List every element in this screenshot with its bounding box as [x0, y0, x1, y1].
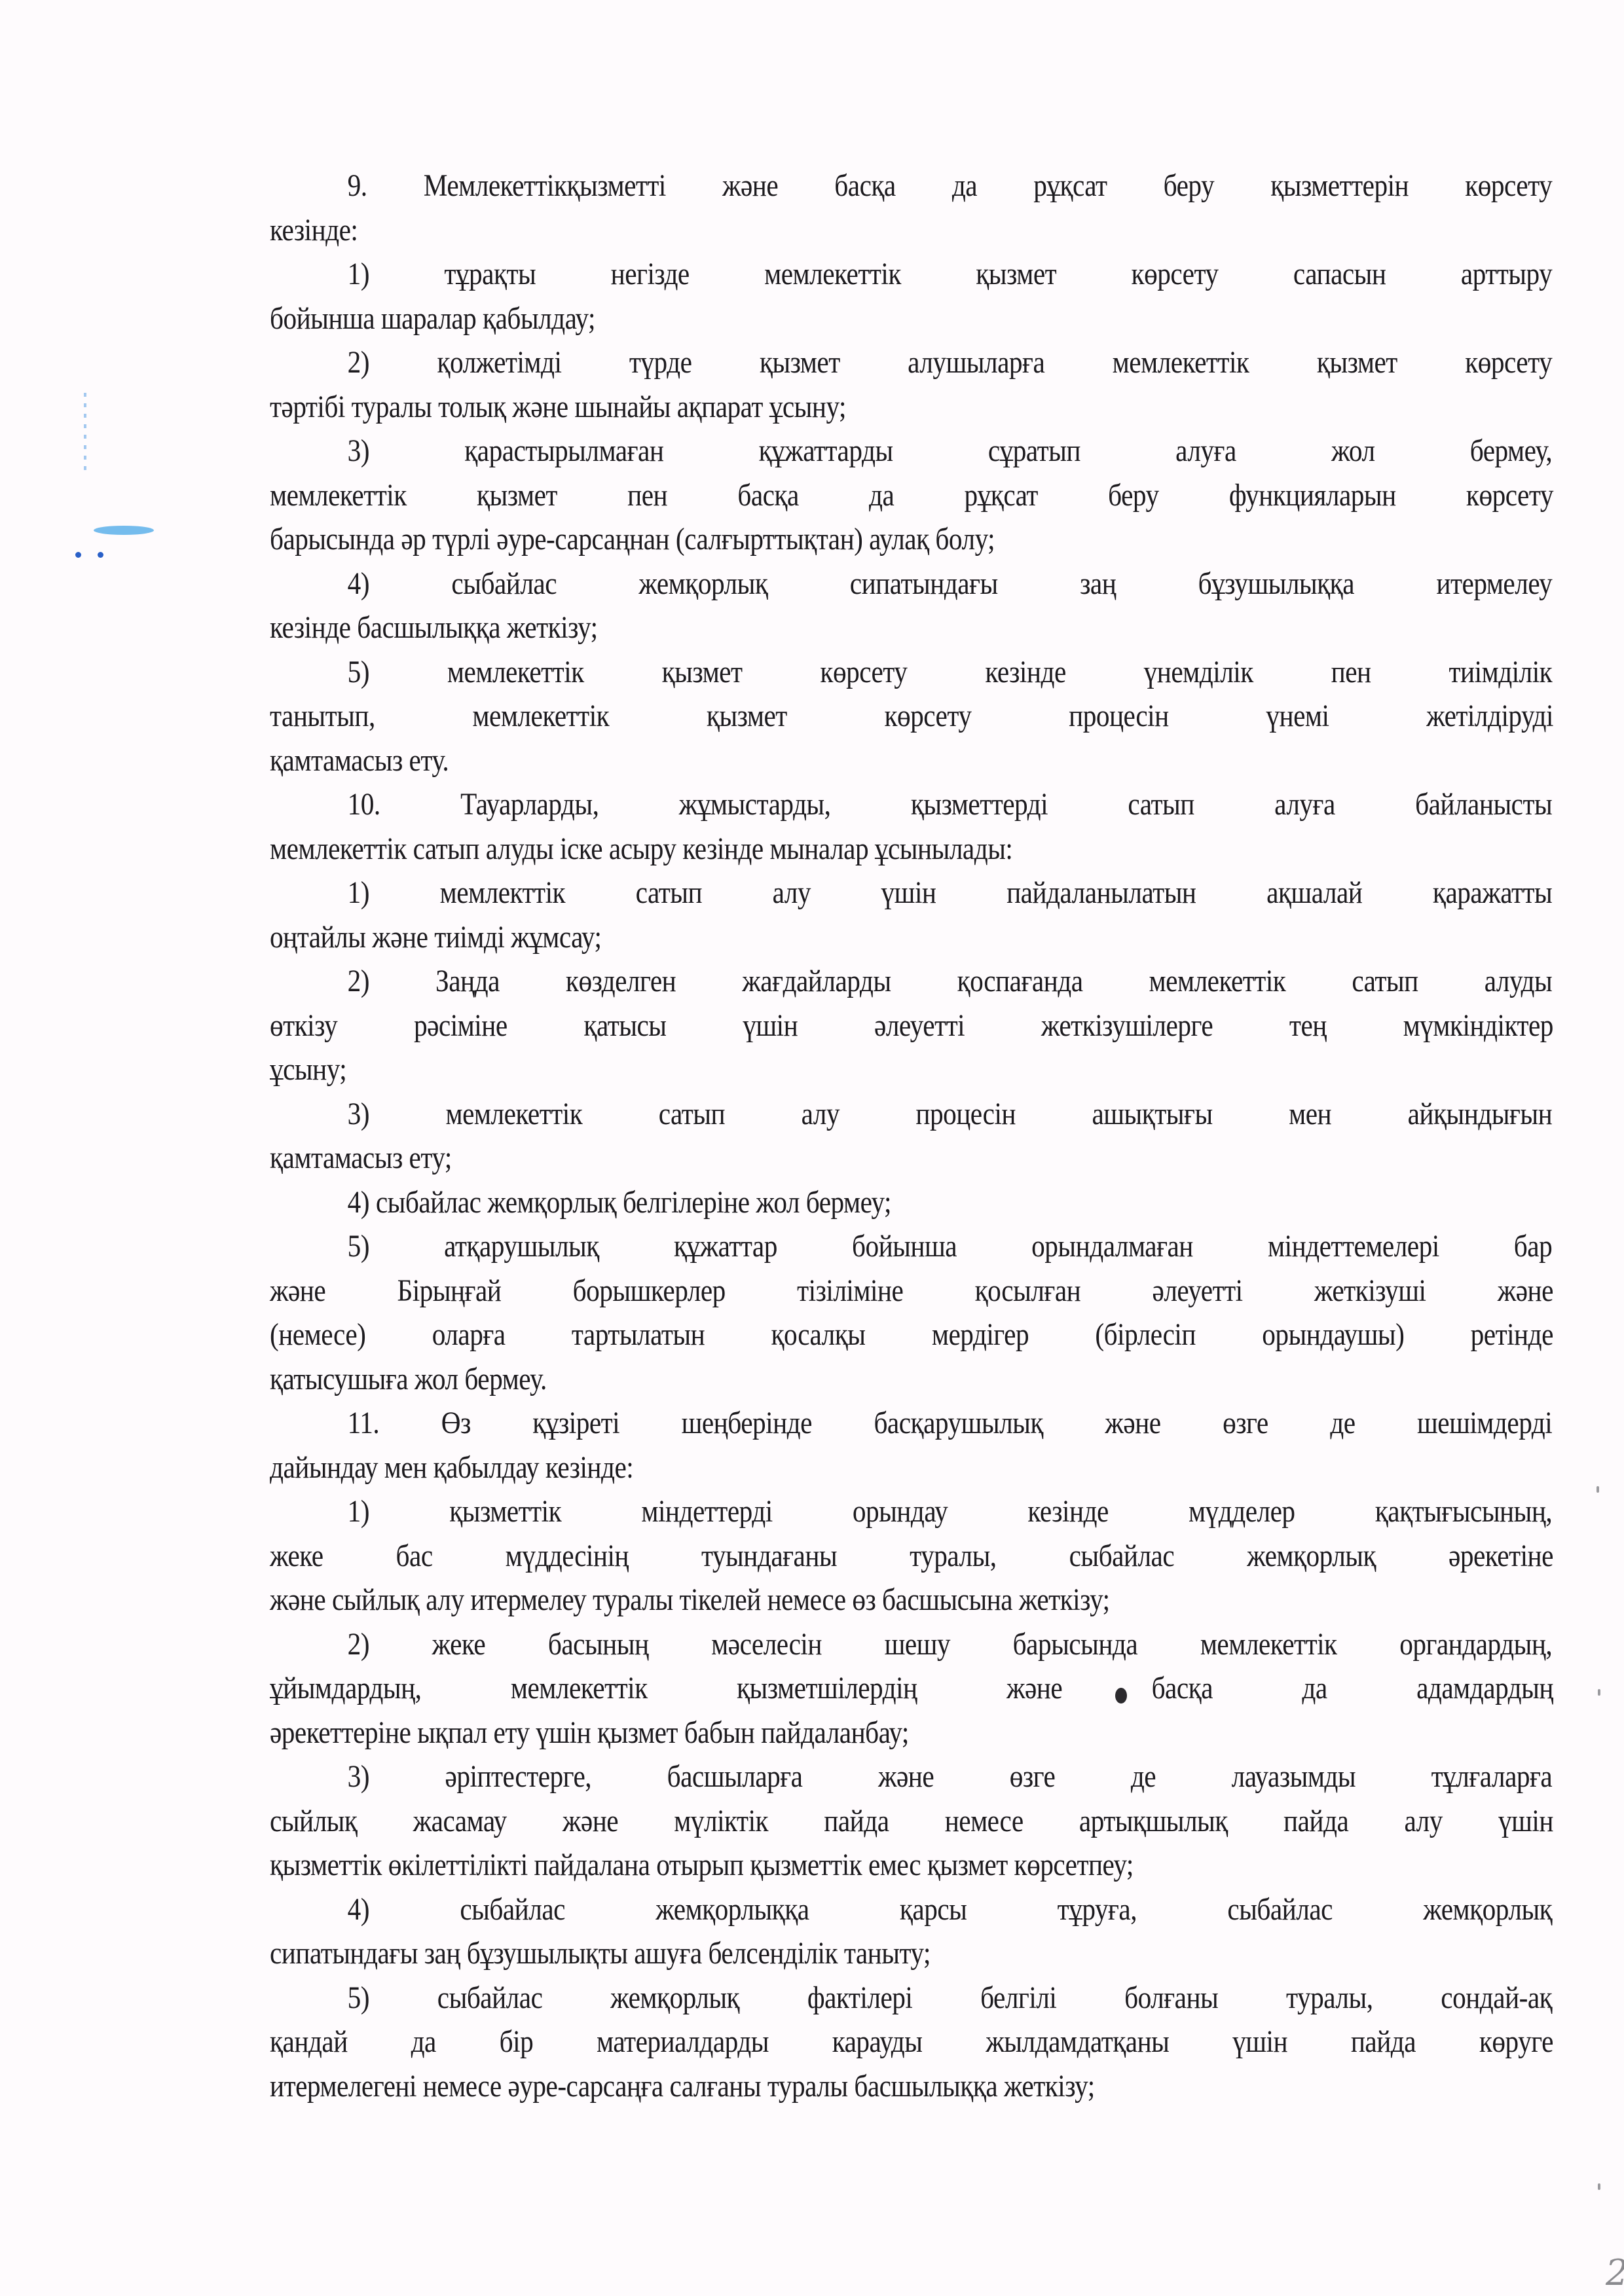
- text-line: (немесе) оларға тартылатын қосалқы мерді…: [270, 1313, 1553, 1357]
- text-line: танытып, мемлекеттік қызмет көрсету проц…: [270, 694, 1553, 738]
- text-line: 3) қарастырылмаған құжаттарды сұратып ал…: [270, 429, 1552, 473]
- text-line: және Бірыңғай борышкерлер тізіліміне қос…: [270, 1269, 1553, 1313]
- list-item: 3) мемлекеттік сатып алу процесін ашықты…: [270, 1092, 1553, 1180]
- text-line: ұсыну;: [270, 1048, 1374, 1092]
- list-item: 5) сыбайлас жемқорлық фактілері белгілі …: [270, 1976, 1553, 2109]
- list-item: 4) сыбайлас жемқорлық сипатындағы заң бұ…: [270, 562, 1553, 650]
- ink-drip-mark: [84, 393, 86, 471]
- text-line: 2) Заңда көзделген жағдайларды қоспағанд…: [270, 959, 1552, 1004]
- list-item: 3) қарастырылмаған құжаттарды сұратып ал…: [270, 429, 1553, 562]
- text-line: мемлекеттік қызмет пен басқа да рұқсат б…: [270, 473, 1553, 518]
- text-line: кезінде:: [270, 208, 1374, 253]
- text-line: өткізу рәсіміне қатысы үшін әлеуетті жет…: [270, 1004, 1553, 1048]
- text-line: әрекеттеріне ықпал ету үшін қызмет бабын…: [270, 1711, 1374, 1755]
- list-item: 1) қызметтік міндеттерді орындау кезінде…: [270, 1489, 1553, 1622]
- text-line: итермелегені немесе әуре-сарсаңға салған…: [270, 2064, 1374, 2109]
- list-item: 5) мемлекеттік қызмет көрсету кезінде үн…: [270, 650, 1553, 783]
- text-line: барысында әр түрлі әуре-сарсаңнан (салғы…: [270, 517, 1374, 562]
- text-line: 4) сыбайлас жемқорлыққа қарсы тұруға, сы…: [270, 1887, 1552, 1932]
- text-line: оңтайлы және тиімді жұмсау;: [270, 915, 1374, 960]
- ink-dot: [75, 552, 81, 558]
- text-line: кезінде басшылыққа жеткізу;: [270, 606, 1374, 650]
- text-line: бойынша шаралар қабылдау;: [270, 297, 1374, 341]
- text-line: 5) сыбайлас жемқорлық фактілері белгілі …: [270, 1976, 1552, 2020]
- scan-speck: [1596, 1486, 1599, 1493]
- text-line: мемлекеттік сатып алуды іске асыру кезін…: [270, 827, 1374, 871]
- section-heading: 9. Мемлекеттікқызметті және басқа да рұқ…: [270, 164, 1553, 252]
- list-item: 4) сыбайлас жемқорлыққа қарсы тұруға, сы…: [270, 1887, 1553, 1976]
- scan-speck: [1598, 2183, 1600, 2190]
- text-line: дайындау мен қабылдау кезінде:: [270, 1446, 1374, 1490]
- text-line: жеке бас мүддесінің туындағаны туралы, с…: [270, 1534, 1553, 1578]
- ink-smear-mark: [94, 526, 154, 535]
- section-10: 10. Тауарларды, жұмыстарды, қызметтерді …: [270, 782, 1553, 1401]
- text-line: қатысушыға жол бермеу.: [270, 1357, 1374, 1402]
- section-heading: 11. Өз құзіреті шеңберінде басқарушылық …: [270, 1401, 1553, 1489]
- text-line: 11. Өз құзіреті шеңберінде басқарушылық …: [270, 1401, 1552, 1446]
- list-item: 2) Заңда көзделген жағдайларды қоспағанд…: [270, 959, 1553, 1092]
- list-item: 2) жеке басының мәселесін шешу барысында…: [270, 1622, 1553, 1755]
- text-line: тәртібі туралы толық және шынайы ақпарат…: [270, 385, 1374, 429]
- text-line: 2) қолжетімді түрде қызмет алушыларға ме…: [270, 340, 1552, 385]
- text-line: 9. Мемлекеттікқызметті және басқа да рұқ…: [270, 164, 1552, 208]
- list-item: 5) атқарушылық құжаттар бойынша орындалм…: [270, 1224, 1553, 1401]
- section-11: 11. Өз құзіреті шеңберінде басқарушылық …: [270, 1401, 1553, 2108]
- list-item: 1) мемлекттік сатып алу үшін пайдаланыла…: [270, 871, 1553, 959]
- text-line: қамтамасыз ету;: [270, 1136, 1374, 1180]
- text-line: 1) мемлекттік сатып алу үшін пайдаланыла…: [270, 871, 1552, 915]
- handwritten-page-number: 2: [1606, 2252, 1624, 2293]
- text-line: 4) сыбайлас жемқорлық сипатындағы заң бұ…: [270, 562, 1552, 606]
- document-body: 9. Мемлекеттікқызметті және басқа да рұқ…: [270, 164, 1553, 2108]
- list-item: 4) сыбайлас жемқорлық белгілеріне жол бе…: [270, 1180, 1553, 1225]
- text-line: 3) мемлекеттік сатып алу процесін ашықты…: [270, 1092, 1552, 1137]
- text-line: ұйымдардың, мемлекеттік қызметшілердің ж…: [270, 1666, 1553, 1711]
- text-line: 4) сыбайлас жемқорлық белгілеріне жол бе…: [270, 1180, 1374, 1225]
- text-line: және сыйлық алу итермелеу туралы тікелей…: [270, 1578, 1374, 1622]
- scanned-document-page: 9. Мемлекеттікқызметті және басқа да рұқ…: [0, 0, 1624, 2296]
- text-line: 10. Тауарларды, жұмыстарды, қызметтерді …: [270, 782, 1552, 827]
- text-line: қандай да бір материалдарды карауды жылд…: [270, 2020, 1553, 2064]
- list-item: 2) қолжетімді түрде қызмет алушыларға ме…: [270, 340, 1553, 429]
- section-9: 9. Мемлекеттікқызметті және басқа да рұқ…: [270, 164, 1553, 782]
- text-line: сыйлық жасамау және мүліктік пайда немес…: [270, 1799, 1553, 1844]
- section-heading: 10. Тауарларды, жұмыстарды, қызметтерді …: [270, 782, 1553, 871]
- text-line: 2) жеке басының мәселесін шешу барысында…: [270, 1622, 1552, 1667]
- text-line: сипатындағы заң бұзушылықты ашуға белсен…: [270, 1931, 1374, 1976]
- ink-dot: [98, 552, 103, 558]
- text-line: 5) мемлекеттік қызмет көрсету кезінде үн…: [270, 650, 1552, 695]
- text-line: 5) атқарушылық құжаттар бойынша орындалм…: [270, 1224, 1552, 1269]
- text-line: қамтамасыз ету.: [270, 738, 1374, 783]
- text-line: 1) тұрақты негізде мемлекеттік қызмет кө…: [270, 252, 1552, 297]
- list-item: 1) тұрақты негізде мемлекеттік қызмет кө…: [270, 252, 1553, 340]
- scan-speck: [1598, 1689, 1600, 1696]
- text-line: қызметтік өкілеттілікті пайдалана отырып…: [270, 1843, 1374, 1887]
- text-line: 3) әріптестерге, басшыларға және өзге де…: [270, 1755, 1552, 1799]
- list-item: 3) әріптестерге, басшыларға және өзге де…: [270, 1755, 1553, 1887]
- text-line: 1) қызметтік міндеттерді орындау кезінде…: [270, 1489, 1552, 1534]
